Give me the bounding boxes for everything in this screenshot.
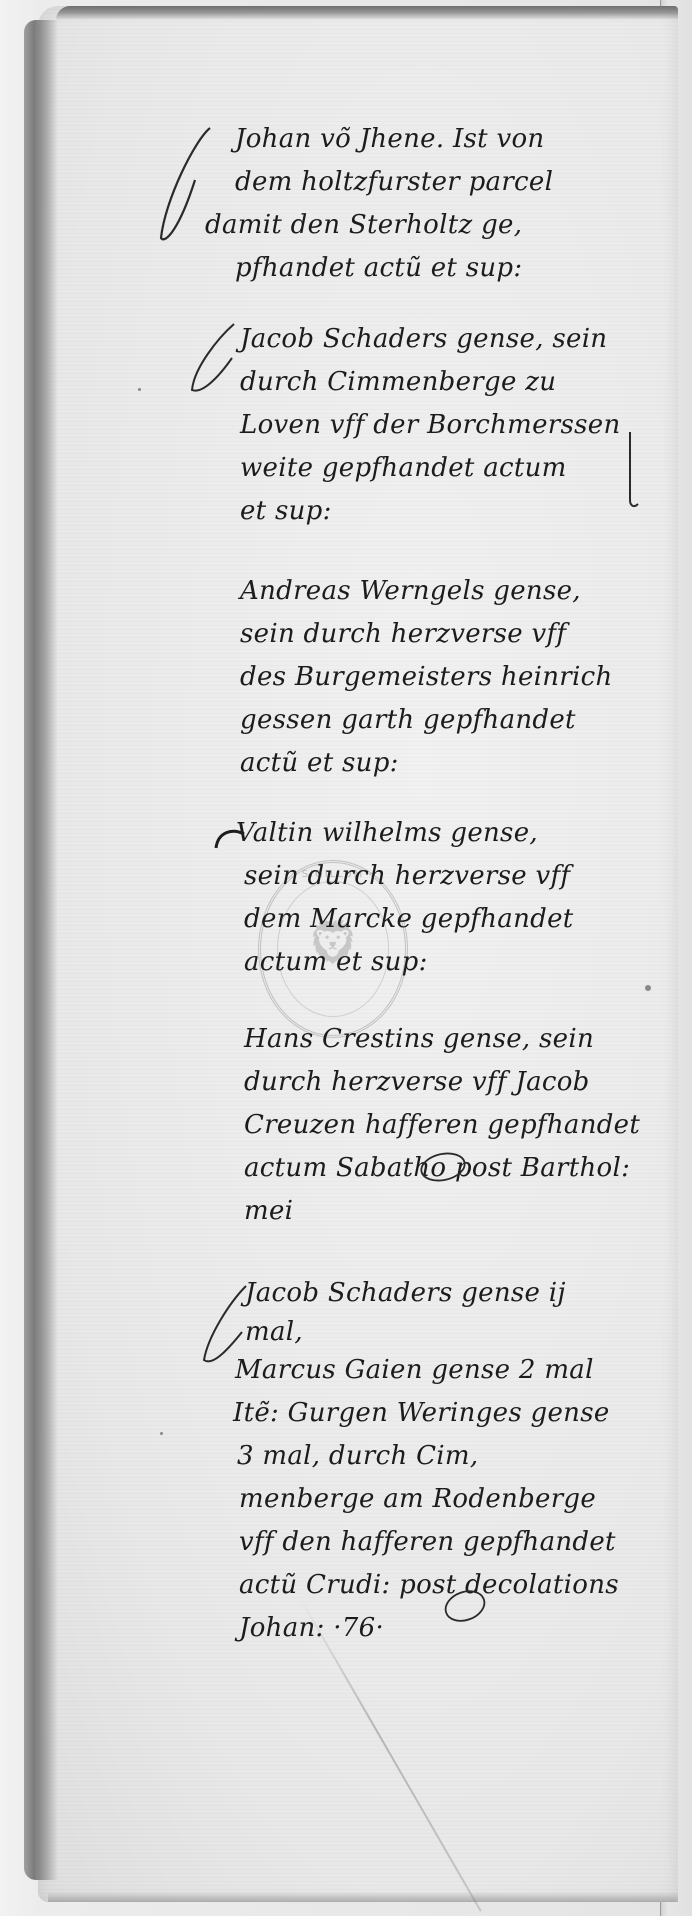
entry-6-line: mal,: [245, 1315, 619, 1349]
entry-5-line: durch herzverse vff Jacob: [244, 1061, 640, 1104]
entry-6-line: 3 mal, durch Cim,: [237, 1435, 619, 1478]
ink-speck: [645, 985, 651, 991]
entry-6-line: Johan: ·76·: [239, 1607, 619, 1650]
entry-1: Johan võ Jhene. Ist von dem holtzfurster…: [235, 118, 553, 290]
entry-1-line: Johan võ Jhene. Ist von: [235, 118, 553, 161]
entry-3-line: actũ et sup:: [240, 742, 613, 785]
entry-1-line: damit den Sterholtz ge,: [205, 204, 553, 247]
entry-6-line: menberge am Rodenberge: [239, 1478, 619, 1521]
entry-3-line: des Burgemeisters heinrich: [240, 656, 613, 699]
entry-6-line: Jacob Schaders gense ij: [245, 1272, 619, 1315]
entry-4-line: sein durch herzverse vff: [244, 855, 574, 898]
entry-2-line: weite gepfhandet actum: [240, 447, 621, 490]
entry-6-line: Marcus Gaien gense 2 mal: [235, 1349, 619, 1392]
entry-5: Hans Crestins gense, sein durch herzvers…: [244, 1018, 640, 1233]
ink-speck: [138, 388, 141, 391]
entry-6-line: Itẽ: Gurgen Weringes gense: [233, 1392, 619, 1435]
entry-5-line: Creuzen hafferen gepfhandet: [244, 1104, 640, 1147]
entry-1-line: dem holtzfurster parcel: [235, 161, 553, 204]
entry-6: Jacob Schaders gense ij mal, Marcus Gaie…: [245, 1272, 619, 1650]
entry-3-line: Andreas Werngels gense,: [240, 570, 613, 613]
entry-1-line: pfhandet actũ et sup:: [235, 247, 553, 290]
entry-2-line: durch Cimmenberge zu: [240, 361, 621, 404]
entry-4-line: actum et sup:: [244, 941, 574, 984]
entry-4-line: dem Marcke gepfhandet: [244, 898, 574, 941]
entry-3-line: sein durch herzverse vff: [240, 613, 613, 656]
entry-4-line: Valtin wilhelms gense,: [236, 812, 574, 855]
entry-3-line: gessen garth gepfhandet: [240, 699, 613, 742]
entry-2-line: Loven vff der Borchmerssen: [240, 404, 621, 447]
page-bottom-edge: [48, 1892, 678, 1902]
page-binding-edge: [24, 20, 58, 1880]
entry-6-line: actũ Crudi: post decolations: [239, 1564, 619, 1607]
page-top-edge: [56, 6, 678, 20]
ink-speck: [160, 1432, 163, 1435]
entry-5-line: mei: [244, 1190, 640, 1233]
entry-2-line: Jacob Schaders gense, sein: [240, 318, 621, 361]
entry-6-line: vff den hafferen gepfhandet: [239, 1521, 619, 1564]
entry-3: Andreas Werngels gense, sein durch herzv…: [240, 570, 613, 785]
entry-2: Jacob Schaders gense, sein durch Cimmenb…: [240, 318, 621, 533]
entry-2-line: et sup:: [240, 490, 621, 533]
entry-5-line: actum Sabatho post Barthol:: [244, 1147, 640, 1190]
entry-4: Valtin wilhelms gense, sein durch herzve…: [236, 812, 574, 984]
entry-5-line: Hans Crestins gense, sein: [244, 1018, 640, 1061]
